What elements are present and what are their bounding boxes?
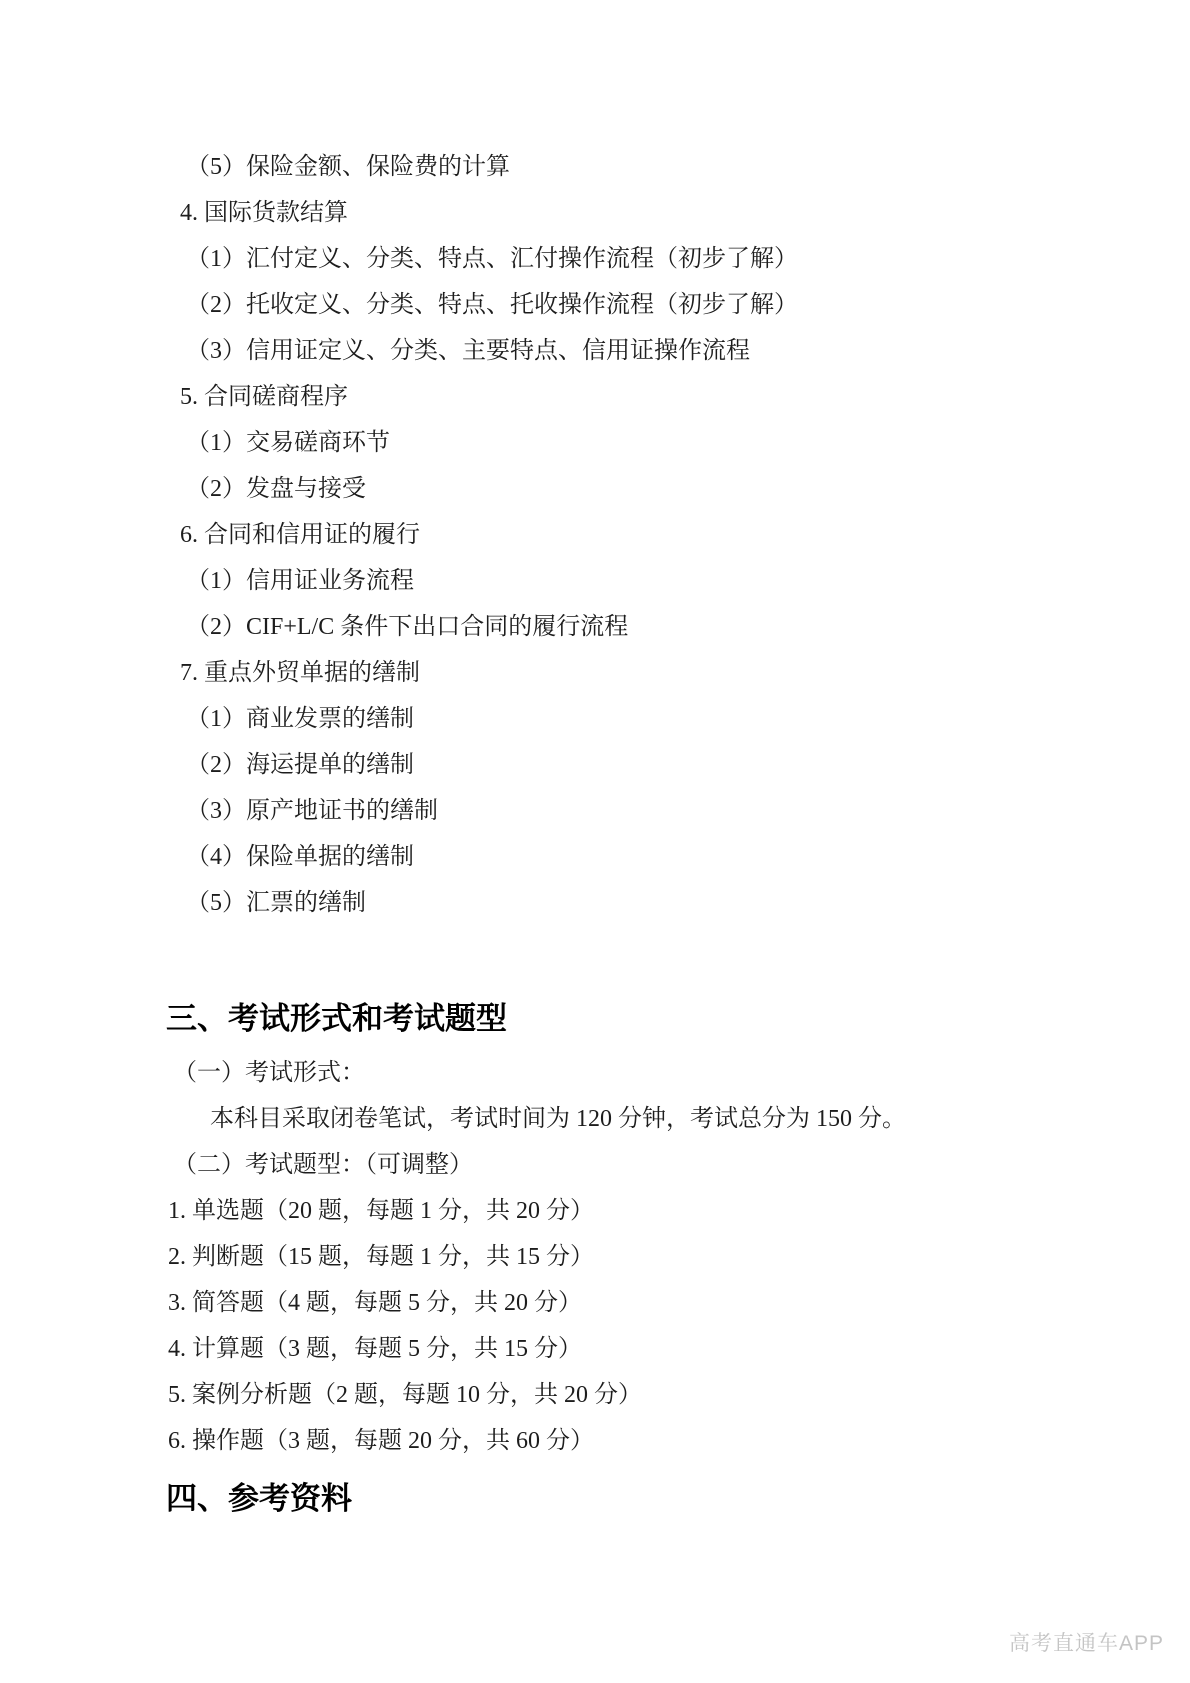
outline-item: （1）汇付定义、分类、特点、汇付操作流程（初步了解） xyxy=(166,236,1130,282)
outline-item: （1）商业发票的缮制 xyxy=(166,696,1130,742)
outline-item: 6. 合同和信用证的履行 xyxy=(166,512,1130,558)
outline-item: （2）托收定义、分类、特点、托收操作流程（初步了解） xyxy=(166,282,1130,328)
exam-info-line: 1. 单选题（20 题，每题 1 分，共 20 分） xyxy=(166,1188,1130,1234)
outline-item: （5）汇票的缮制 xyxy=(166,880,1130,926)
section3-heading: 三、考试形式和考试题型 xyxy=(166,1000,1130,1038)
exam-info-line: 本科目采取闭卷笔试，考试时间为 120 分钟，考试总分为 150 分。 xyxy=(166,1096,1130,1142)
exam-info-line: 4. 计算题（3 题，每题 5 分，共 15 分） xyxy=(166,1326,1130,1372)
exam-info-line: 3. 简答题（4 题，每题 5 分，共 20 分） xyxy=(166,1280,1130,1326)
outline-item: （4）保险单据的缮制 xyxy=(166,834,1130,880)
outline-item: 4. 国际货款结算 xyxy=(166,190,1130,236)
exam-info-line: （一）考试形式： xyxy=(166,1050,1130,1096)
outline-item: 5. 合同磋商程序 xyxy=(166,374,1130,420)
exam-info-line: 5. 案例分析题（2 题，每题 10 分，共 20 分） xyxy=(166,1372,1130,1418)
outline-item: （2）海运提单的缮制 xyxy=(166,742,1130,788)
syllabus-outline-list: （5）保险金额、保险费的计算4. 国际货款结算（1）汇付定义、分类、特点、汇付操… xyxy=(166,144,1130,926)
exam-info-line: 2. 判断题（15 题，每题 1 分，共 15 分） xyxy=(166,1234,1130,1280)
outline-item: 7. 重点外贸单据的缮制 xyxy=(166,650,1130,696)
outline-item: （1）交易磋商环节 xyxy=(166,420,1130,466)
exam-info-line: （二）考试题型：（可调整） xyxy=(166,1142,1130,1188)
outline-item: （1）信用证业务流程 xyxy=(166,558,1130,604)
outline-item: （2）发盘与接受 xyxy=(166,466,1130,512)
outline-item: （5）保险金额、保险费的计算 xyxy=(166,144,1130,190)
exam-format-list: （一）考试形式：本科目采取闭卷笔试，考试时间为 120 分钟，考试总分为 150… xyxy=(166,1050,1130,1464)
watermark-label: 高考直通车APP xyxy=(1009,1627,1164,1657)
section4-heading: 四、参考资料 xyxy=(166,1480,1130,1518)
exam-info-line: 6. 操作题（3 题，每题 20 分，共 60 分） xyxy=(166,1418,1130,1464)
outline-item: （3）原产地证书的缮制 xyxy=(166,788,1130,834)
document-page: （5）保险金额、保险费的计算4. 国际货款结算（1）汇付定义、分类、特点、汇付操… xyxy=(0,0,1190,1683)
outline-item: （2）CIF+L/C 条件下出口合同的履行流程 xyxy=(166,604,1130,650)
outline-item: （3）信用证定义、分类、主要特点、信用证操作流程 xyxy=(166,328,1130,374)
